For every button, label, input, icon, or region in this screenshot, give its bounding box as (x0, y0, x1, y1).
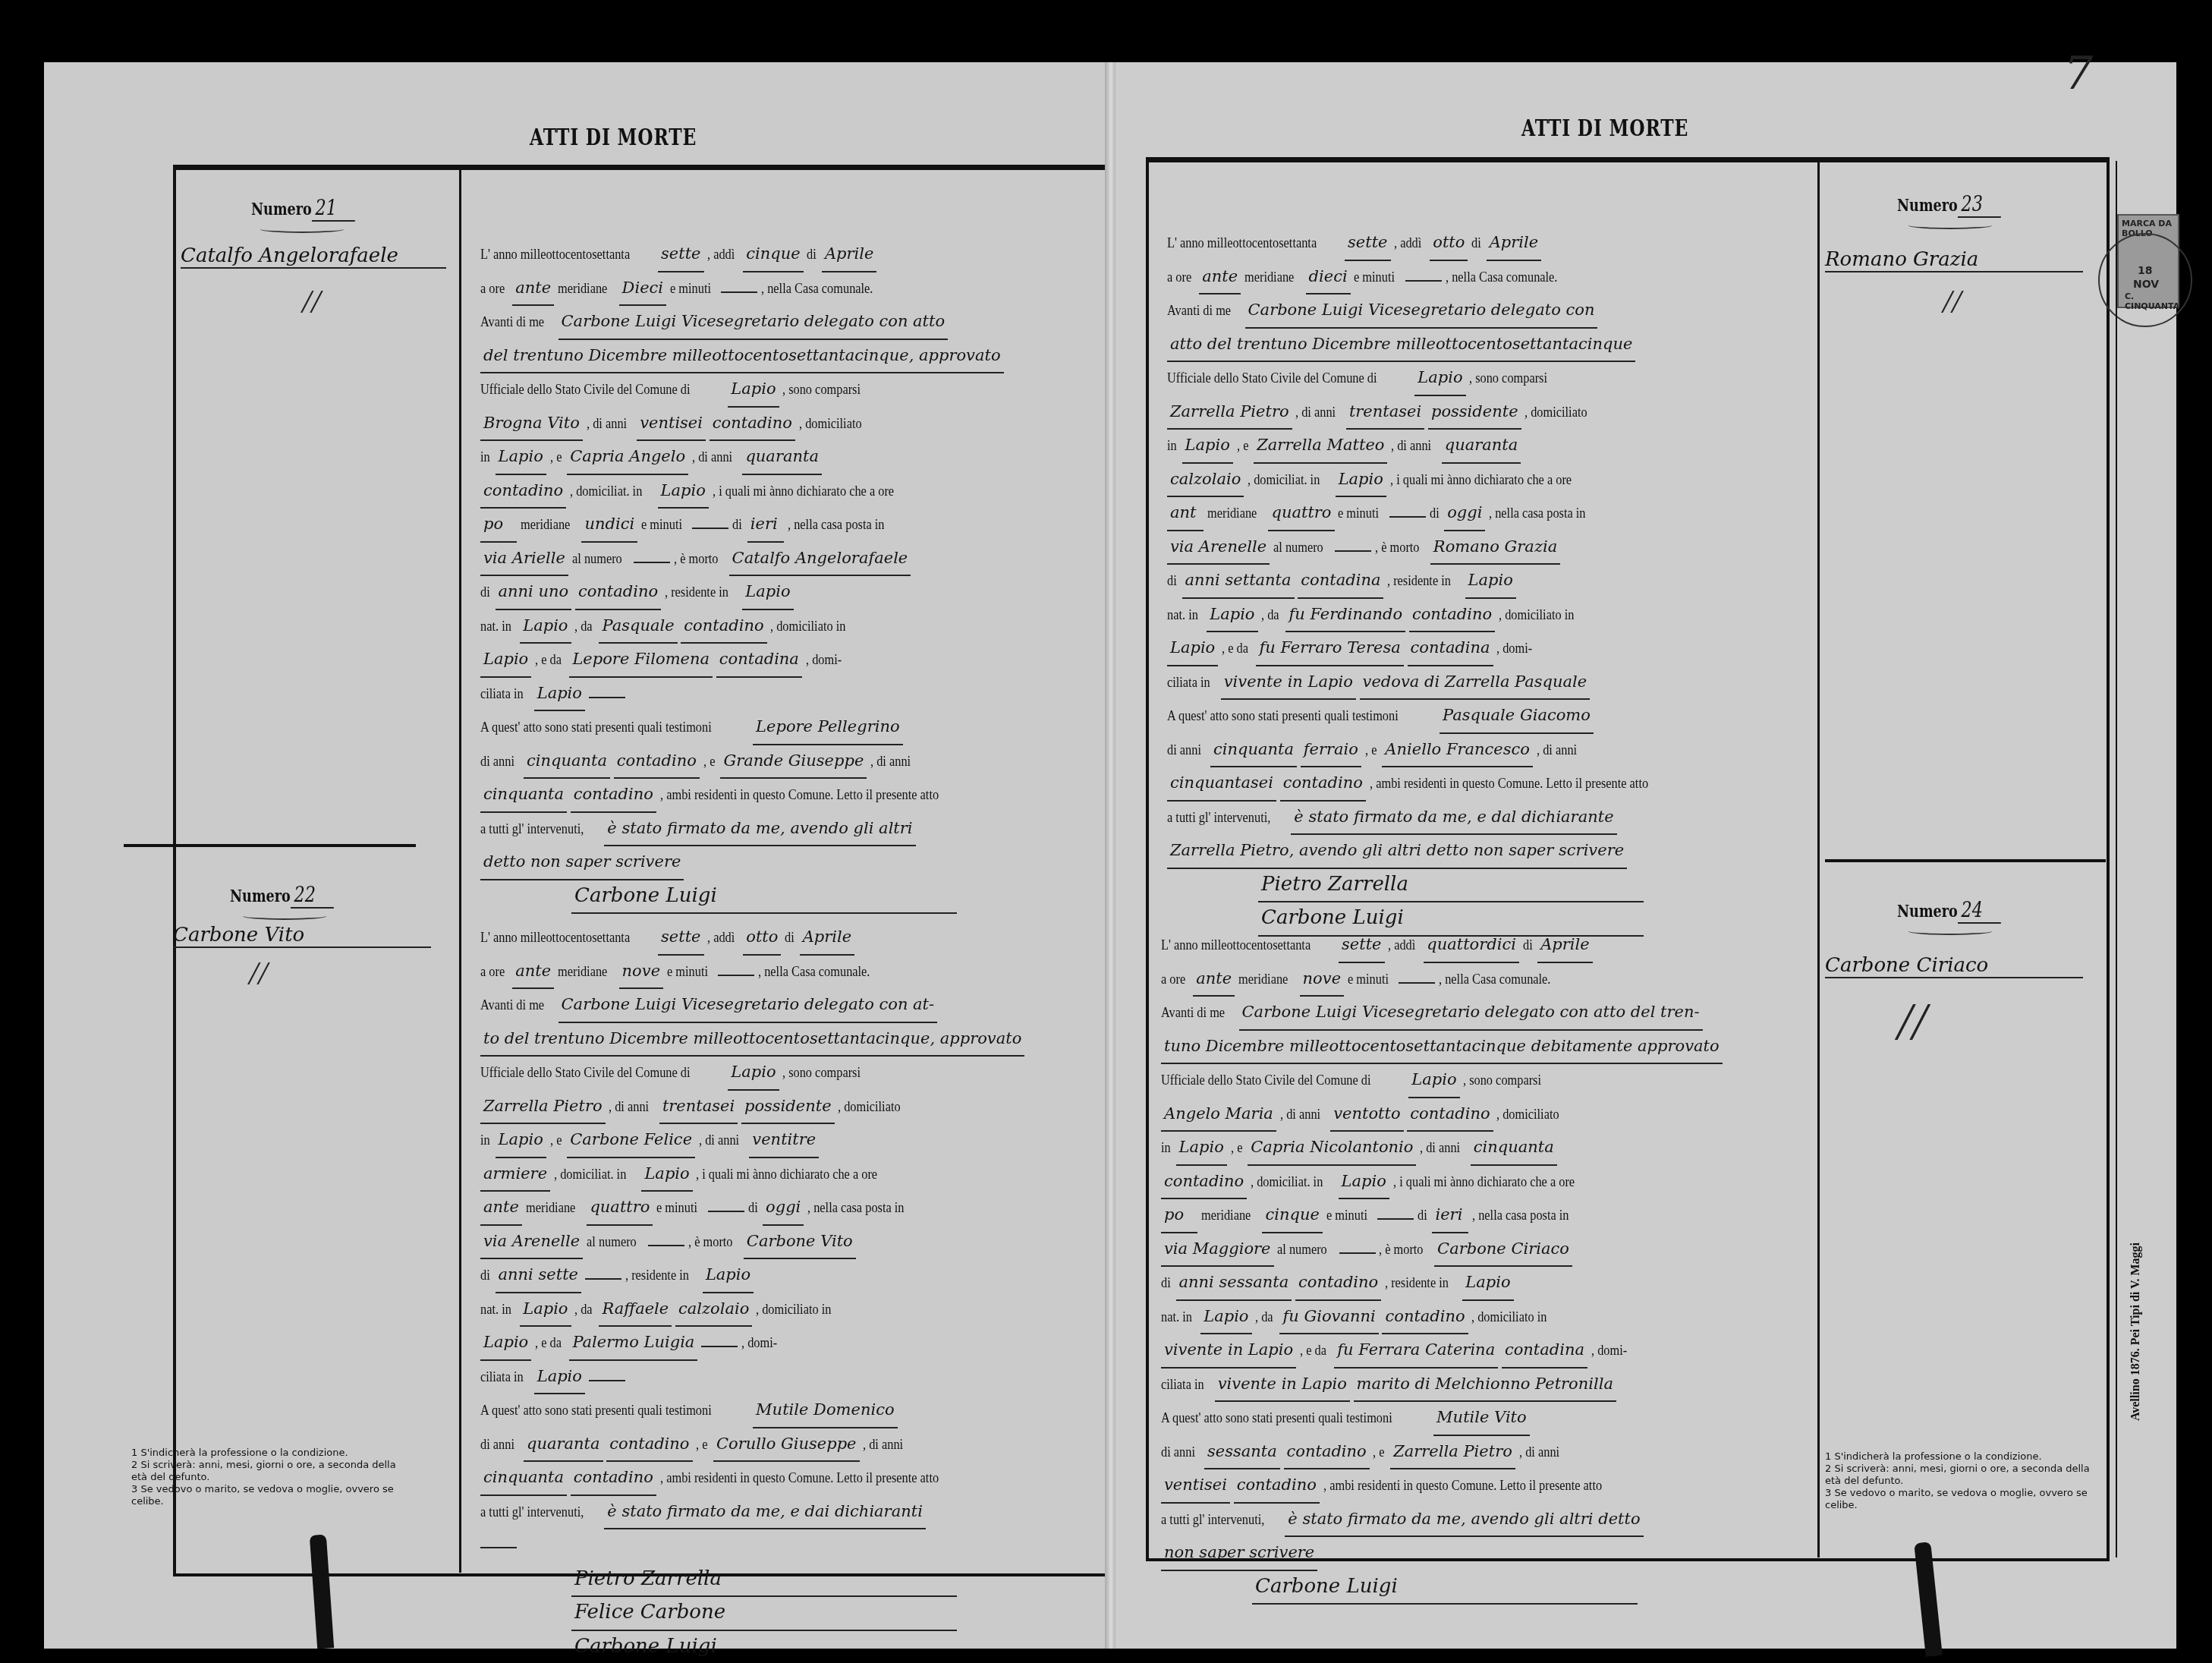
handwritten-residence: Lapio (742, 575, 793, 610)
printed-text: a tutti gl' intervenuti, (1161, 1504, 1264, 1538)
margin-deceased-name: Carbone Ciriaco (1825, 954, 2083, 978)
death-act-21: L' anno milleottocentosettanta sette , a… (480, 237, 1103, 912)
form-line: a ore ante meridiane Dieci e minuti , ne… (480, 271, 1103, 305)
printed-text: di anni (1167, 734, 1201, 768)
handwritten-mother-job: contadina (1502, 1333, 1587, 1369)
handwritten-witness2-job: contadino (1234, 1468, 1320, 1504)
handwritten-month: Aprile (1537, 928, 1593, 963)
printed-text: , addì (707, 921, 735, 956)
handwritten-declarant2-dom: Lapio (1336, 462, 1386, 498)
handwritten-deceased-age: anni sette (496, 1258, 581, 1293)
handwritten-officer-2: del trentuno Dicembre milleottocentosett… (480, 339, 1004, 374)
printed-text: , di anni (587, 408, 627, 442)
form-line: a ore ante meridiane nove e minuti , nel… (1161, 962, 1798, 996)
handwritten-declarant2-job: armiere (480, 1157, 550, 1192)
form-line: A quest' atto sono stati presenti quali … (480, 1393, 1103, 1427)
handwritten-father-dom: Lapio (1167, 631, 1218, 666)
form-line: di anni settanta contadina , residente i… (1167, 563, 1805, 597)
form-line: Zarrella Pietro , di anni trentasei poss… (480, 1089, 1103, 1123)
form-line: nat. in Lapio , da Pasquale contadino , … (480, 609, 1103, 643)
printed-text: , da (1261, 599, 1279, 633)
signature-text: Carbone Luigi (571, 879, 957, 915)
printed-text: , sono comparsi (1469, 362, 1547, 396)
form-line: ant meridiane quattro e minuti di oggi ,… (1167, 496, 1805, 530)
handwritten-declarant1: Zarrella Pietro (480, 1089, 606, 1125)
printed-text: di (807, 238, 817, 272)
handwritten-house-no (634, 562, 670, 563)
death-act-22: L' anno milleottocentosettanta sette , a… (480, 920, 1103, 1663)
printed-text: ciliata in (1161, 1369, 1204, 1403)
form-line: Lapio , e da fu Ferraro Teresa contadina… (1167, 631, 1805, 665)
printed-text: , e da (535, 644, 562, 678)
handwritten-father-job: contadino (1382, 1299, 1468, 1335)
printed-text: , da (1255, 1301, 1273, 1335)
handwritten-declarant1-age: ventotto (1330, 1097, 1403, 1132)
printed-text: , nella Casa comunale. (1439, 963, 1550, 997)
close-mark: // (1943, 282, 1961, 321)
form-line: a ore ante meridiane dieci e minuti , ne… (1167, 260, 1805, 294)
form-line: via Arielle al numero , è morto Catalfo … (480, 541, 1103, 575)
printed-text: , e da (535, 1327, 562, 1361)
handwritten-year: sette (658, 920, 704, 956)
handwritten-death-minutes (692, 528, 728, 529)
handwritten-witness1-age: cinquanta (524, 744, 610, 780)
printed-text: , domiciliato (799, 408, 862, 442)
handwritten-street: via Arenelle (480, 1224, 583, 1260)
act-separator (1825, 859, 2106, 862)
handwritten-officer: Carbone Luigi Vicesegretario delegato co… (559, 987, 938, 1023)
printed-text: a tutti gl' intervenuti, (480, 813, 584, 847)
handwritten-declarant1-age: ventisei (637, 406, 706, 442)
handwritten-declarant2: Capria Angelo (567, 439, 688, 475)
handwritten-year: sette (1345, 225, 1391, 261)
printed-text: , e da (1222, 632, 1248, 666)
printed-text: Ufficiale dello Stato Civile del Comune … (1161, 1064, 1371, 1098)
close-mark: // (1897, 992, 1927, 1053)
form-line: in Lapio , e Capria Angelo , di anni qua… (480, 439, 1103, 474)
handwritten-witness2-age: cinquantasei (1167, 766, 1276, 802)
printed-text: , ambi residenti in questo Comune. Letto… (660, 779, 939, 813)
handwritten-mother-job (701, 1346, 738, 1347)
printed-text: , addì (1394, 227, 1421, 261)
postmark: 18 NOV (2098, 233, 2192, 327)
printed-text: Avanti di me (1161, 997, 1225, 1031)
handwritten-death-hour: quattro (587, 1190, 653, 1226)
handwritten-father-dom: Lapio (480, 1325, 531, 1361)
form-line: nat. in Lapio , da Raffaele calzolaio , … (480, 1292, 1103, 1326)
printed-text: ciliata in (1167, 666, 1210, 701)
printed-text: , e (550, 441, 562, 475)
form-line: Avanti di me Carbone Luigi Vicesegretari… (1167, 293, 1805, 327)
printed-text: meridiane (1201, 1199, 1251, 1233)
form-line: L' anno milleottocentosettanta sette , a… (480, 237, 1103, 271)
printed-text: A quest' atto sono stati presenti quali … (1161, 1402, 1392, 1436)
handwritten-comune: Lapio (728, 1055, 779, 1091)
printed-text: e minuti (1338, 497, 1379, 531)
printed-text: A quest' atto sono stati presenti quali … (480, 1394, 712, 1428)
form-line: di anni sette , residente in Lapio (480, 1258, 1103, 1292)
printed-text: e minuti (656, 1192, 697, 1226)
form-line: ante meridiane quattro e minuti di oggi … (480, 1190, 1103, 1224)
printed-text: , residente in (1387, 565, 1451, 599)
handwritten-deceased-job (585, 1278, 621, 1280)
handwritten-witness1-job: contadino (1284, 1435, 1370, 1470)
handwritten-mother-job: contadina (716, 642, 802, 678)
signature-text: Felice Carbone (571, 1595, 957, 1631)
handwritten-witness1-age: quaranta (524, 1427, 603, 1463)
form-line: armiere , domiciliat. in Lapio , i quali… (480, 1157, 1103, 1191)
handwritten-declarant1-dom: Lapio (496, 1123, 546, 1158)
handwritten-father: Raffaele (599, 1292, 672, 1328)
printed-text: , e (1237, 430, 1248, 464)
handwritten-declarant1-job: contadino (710, 406, 795, 442)
form-line: ciliata in Lapio (480, 676, 1103, 710)
printed-text: di (480, 576, 490, 610)
handwritten-declarant2: Capria Nicolantonio (1248, 1130, 1416, 1166)
handwritten-street: via Arenelle (1167, 530, 1270, 565)
form-line: a tutti gl' intervenuti, è stato firmato… (1167, 800, 1805, 834)
printed-text: L' anno milleottocentosettanta (480, 238, 630, 272)
handwritten-officer: Carbone Luigi Vicesegretario delegato co… (1245, 293, 1598, 329)
handwritten-witness2-job: contadino (1280, 766, 1366, 802)
signature: Felice Carbone (480, 1595, 1103, 1630)
handwritten-officer-2: tuno Dicembre milleottocentosettantacinq… (1161, 1029, 1723, 1065)
form-line: ventisei contadino , ambi residenti in q… (1161, 1468, 1798, 1502)
printed-text: , di anni (1420, 1132, 1460, 1166)
handwritten-day: cinque (743, 237, 803, 272)
printed-text: , nella casa posta in (788, 509, 885, 543)
handwritten-witness2-age: cinquanta (480, 777, 567, 813)
form-line: L' anno milleottocentosettanta sette , a… (1161, 928, 1798, 962)
register-book: ATTI DI MORTE Numero21 Catalfo Angeloraf… (44, 62, 2176, 1649)
printed-text: , di anni (863, 1428, 903, 1463)
printed-text: , di anni (1280, 1098, 1320, 1132)
printed-text: , e (1373, 1436, 1384, 1470)
handwritten-declarant2-age: quaranta (742, 439, 822, 475)
form-line: Brogna Vito , di anni ventisei contadino… (480, 406, 1103, 440)
handwritten-house-no (1339, 1252, 1376, 1254)
handwritten-death-minutes (1377, 1218, 1414, 1220)
printed-text: in (480, 441, 490, 475)
printed-text: di (1471, 227, 1481, 261)
form-line: to del trentuno Dicembre milleottocentos… (480, 1022, 1103, 1056)
handwritten-closing-2: Zarrella Pietro, avendo gli altri detto … (1167, 833, 1627, 869)
handwritten-marital (589, 1380, 625, 1381)
handwritten-witness2: Zarrella Pietro (1390, 1435, 1515, 1470)
act-number-24: Numero24 (1897, 897, 2001, 924)
form-line: Lapio , e da Lepore Filomena contadina ,… (480, 642, 1103, 676)
handwritten-mother: Lepore Filomena (569, 642, 713, 678)
handwritten-death-ampm: po (1161, 1198, 1197, 1233)
printed-text: di (1523, 929, 1533, 963)
printed-text: al numero (1273, 531, 1323, 565)
handwritten-birthplace: Lapio (520, 609, 571, 644)
printed-text: meridiane (1238, 963, 1288, 997)
printed-text: , i quali mi ànno dichiarato che a ore (1390, 464, 1572, 498)
handwritten-witness1-age: cinquanta (1210, 732, 1297, 768)
imprint-rule (2116, 161, 2117, 1557)
footnotes-left: 1 S'indicherà la professione o la condiz… (131, 1447, 412, 1508)
handwritten-hour: Dieci (619, 271, 666, 307)
printed-text: , da (574, 1293, 593, 1328)
handwritten-death-hour: undici (581, 507, 637, 543)
handwritten-officer: Carbone Luigi Vicesegretario delegato co… (559, 304, 949, 340)
form-line: via Arenelle al numero , è morto Carbone… (480, 1224, 1103, 1258)
printed-text: A quest' atto sono stati presenti quali … (480, 711, 712, 745)
form-line: cinquanta contadino , ambi residenti in … (480, 1460, 1103, 1494)
handwritten-witness1-job: contadino (606, 1427, 692, 1463)
printed-text: a ore (480, 956, 505, 990)
form-line: contadino , domiciliat. in Lapio , i qua… (1161, 1164, 1798, 1198)
margin-deceased-name: Carbone Vito (173, 924, 431, 948)
handwritten-street: via Arielle (480, 541, 568, 577)
printed-text: , sono comparsi (782, 373, 861, 408)
signature: Carbone Luigi (480, 879, 1103, 913)
printed-text: di (785, 921, 794, 956)
handwritten-declarant1-job: possidente (1428, 395, 1521, 430)
handwritten-witness1: Lepore Pellegrino (753, 710, 902, 745)
handwritten-day: quattordici (1424, 928, 1519, 963)
handwritten-witness2-age: ventisei (1161, 1468, 1230, 1504)
printed-text: al numero (587, 1226, 637, 1260)
handwritten-witness1: Mutile Vito (1433, 1400, 1530, 1436)
signature-text: Pietro Zarrella (571, 1562, 957, 1598)
folio-annotation: 7 (2064, 47, 2093, 100)
form-line: Ufficiale dello Stato Civile del Comune … (1167, 361, 1805, 395)
handwritten-officer-2: to del trentuno Dicembre milleottocentos… (480, 1022, 1024, 1057)
death-act-24: L' anno milleottocentosettanta sette , a… (1161, 928, 1798, 1603)
handwritten-father: fu Ferdinando (1285, 597, 1405, 633)
form-line: del trentuno Dicembre milleottocentosett… (480, 339, 1103, 373)
printed-text: nat. in (1167, 599, 1198, 633)
printed-text: di (480, 1259, 490, 1293)
ornament (1908, 928, 1992, 935)
printed-text: al numero (1277, 1233, 1327, 1268)
handwritten-declarant2-job: calzolaio (1167, 462, 1244, 498)
handwritten-deceased-age: anni uno (496, 575, 572, 610)
handwritten-deceased-age: anni settanta (1182, 563, 1295, 599)
form-line: Zarrella Pietro , di anni trentasei poss… (1167, 395, 1805, 429)
printed-text: , nella casa posta in (1489, 497, 1586, 531)
printed-text: , domiciliat. in (570, 475, 642, 509)
page-title-left: ATTI DI MORTE (530, 124, 697, 151)
printed-text: , domiciliato (1524, 396, 1587, 430)
handwritten-witness2: Aniello Francesco (1382, 732, 1533, 768)
printed-text: , residente in (665, 576, 728, 610)
printed-text: , sono comparsi (1463, 1064, 1541, 1098)
handwritten-mother: fu Ferrara Caterina (1334, 1333, 1498, 1369)
printed-text: , domi- (1591, 1334, 1627, 1369)
handwritten-witness1-job: ferraio (1301, 732, 1361, 768)
handwritten-declarant2-job: contadino (1161, 1164, 1247, 1200)
printed-text: , domiciliato (838, 1091, 901, 1125)
handwritten-house-no (648, 1245, 684, 1246)
printed-text: , è morto (688, 1226, 733, 1260)
printed-text: , domiciliato in (1471, 1301, 1547, 1335)
handwritten-mother-dom: vivente in Lapio (1215, 1367, 1350, 1403)
printed-text: ciliata in (480, 1361, 524, 1395)
handwritten-closing: è stato firmato da me, e dal dichiarante (1291, 800, 1616, 836)
column-divider (459, 169, 461, 1573)
form-line: nat. in Lapio , da fu Ferdinando contadi… (1167, 597, 1805, 631)
printed-text: a ore (480, 272, 505, 307)
handwritten-declarant2-dom: Lapio (1339, 1164, 1389, 1200)
form-line: Zarrella Pietro, avendo gli altri detto … (1167, 833, 1805, 868)
handwritten-declarant2-age: quaranta (1442, 428, 1521, 464)
signature: Pietro Zarrella (480, 1562, 1103, 1596)
handwritten-residence: Lapio (1465, 563, 1516, 599)
handwritten-hour: nove (1300, 962, 1344, 997)
handwritten-declarant1-job: possidente (741, 1089, 835, 1125)
signature-text: Carbone Luigi (1252, 1570, 1638, 1605)
printed-text: , addì (707, 238, 735, 272)
printed-text: di (748, 1192, 758, 1226)
handwritten-mother-dom: vivente in Lapio (1221, 665, 1356, 701)
handwritten-closing: è stato firmato da me, avendo gli altri (604, 811, 915, 847)
handwritten-minutes (718, 975, 754, 976)
printed-text: , ambi residenti in questo Comune. Letto… (1370, 767, 1648, 802)
handwritten-death-hour: quattro (1268, 496, 1334, 531)
form-line: via Arenelle al numero , è morto Romano … (1167, 530, 1805, 564)
handwritten-father: Pasquale (599, 609, 677, 644)
printed-text: , domi- (806, 644, 842, 678)
signature-text: Pietro Zarrella (1258, 868, 1644, 903)
form-line: A quest' atto sono stati presenti quali … (480, 710, 1103, 744)
form-line: a tutti gl' intervenuti, è stato firmato… (480, 1494, 1103, 1529)
form-line: cinquantasei contadino , ambi residenti … (1167, 766, 1805, 800)
printed-text: , è morto (1379, 1233, 1424, 1268)
printed-text: , ambi residenti in questo Comune. Letto… (660, 1462, 939, 1496)
printed-text: , nella casa posta in (1472, 1199, 1569, 1233)
handwritten-ante: ante (1193, 962, 1235, 997)
printed-text: , di anni (609, 1091, 649, 1125)
handwritten-closing-2: detto non saper scrivere (480, 845, 684, 880)
form-line: cinquanta contadino , ambi residenti in … (480, 777, 1103, 811)
handwritten-mother: fu Ferraro Teresa (1256, 631, 1403, 666)
form-line: Ufficiale dello Stato Civile del Comune … (1161, 1063, 1798, 1097)
form-line: contadino , domiciliat. in Lapio , i qua… (480, 474, 1103, 508)
printed-text: , domiciliat. in (1251, 1166, 1323, 1200)
printed-text: ciliata in (480, 678, 524, 712)
handwritten-death-day: ieri (747, 507, 784, 543)
printed-text: e minuti (1326, 1199, 1367, 1233)
form-line: ciliata in Lapio (480, 1359, 1103, 1394)
handwritten-declarant1-job: contadino (1407, 1097, 1493, 1132)
handwritten-month: Aprile (800, 920, 855, 956)
handwritten-ante: ante (1199, 260, 1241, 295)
form-line: a tutti gl' intervenuti, è stato firmato… (1161, 1502, 1798, 1536)
handwritten-deceased-job: contadina (1298, 563, 1383, 599)
close-mark: // (249, 954, 267, 993)
printed-text: , di anni (870, 745, 911, 780)
handwritten-declarant1-age: trentasei (1346, 395, 1424, 430)
printed-text: , addì (1388, 929, 1415, 963)
form-line: nat. in Lapio , da fu Giovanni contadino… (1161, 1299, 1798, 1334)
handwritten-year: sette (658, 237, 704, 272)
printed-text: nat. in (1161, 1301, 1192, 1335)
printed-text: , domi- (741, 1327, 777, 1361)
form-line: po meridiane undici e minuti di ieri , n… (480, 507, 1103, 541)
handwritten-ante: ante (512, 271, 554, 307)
handwritten-hour: dieci (1306, 260, 1351, 295)
act-number-23: Numero23 (1897, 191, 2001, 218)
handwritten-minutes (1405, 280, 1442, 282)
handwritten-declarant1: Angelo Maria (1161, 1097, 1276, 1132)
printed-text: L' anno milleottocentosettanta (1167, 227, 1317, 261)
handwritten-ante: ante (512, 954, 554, 990)
printed-text: , residente in (1385, 1267, 1449, 1301)
handwritten-death-ampm: ant (1167, 496, 1204, 531)
handwritten-declarant2-job: contadino (480, 474, 566, 509)
printed-text: Ufficiale dello Stato Civile del Comune … (1167, 362, 1377, 396)
signature: Carbone Luigi (480, 1630, 1103, 1663)
handwritten-closing-2 (480, 1547, 517, 1548)
form-line: di anni uno contadino , residente in Lap… (480, 575, 1103, 609)
handwritten-father-job: contadino (1409, 597, 1495, 633)
printed-text: , i quali mi ànno dichiarato che a ore (713, 475, 894, 509)
handwritten-witness2: Corullo Giuseppe (713, 1427, 860, 1463)
form-line: L' anno milleottocentosettanta sette , a… (1167, 225, 1805, 260)
printed-text: , i quali mi ànno dichiarato che a ore (696, 1158, 877, 1192)
printed-text: a ore (1161, 963, 1185, 997)
printed-text: , nella Casa comunale. (758, 956, 870, 990)
printed-text: di anni (480, 745, 514, 780)
handwritten-day: otto (1430, 225, 1468, 261)
handwritten-declarant1: Brogna Vito (480, 406, 583, 442)
form-line: L' anno milleottocentosettanta sette , a… (480, 920, 1103, 954)
printed-text: L' anno milleottocentosettanta (480, 921, 630, 956)
printed-text: , nella casa posta in (807, 1192, 905, 1226)
handwritten-father-job: contadino (681, 609, 766, 644)
printed-text: e minuti (1348, 963, 1389, 997)
signature: Pietro Zarrella (1167, 868, 1805, 902)
handwritten-residence: Lapio (1462, 1265, 1513, 1301)
handwritten-marital: vedova di Zarrella Pasquale (1360, 665, 1591, 701)
act-number-21: Numero21 (251, 195, 355, 222)
handwritten-closing-2: non saper scrivere (1161, 1535, 1317, 1571)
form-line: di anni cinquanta ferraio , e Aniello Fr… (1167, 732, 1805, 767)
printed-text: , i quali mi ànno dichiarato che a ore (1393, 1166, 1575, 1200)
form-line: di anni cinquanta contadino , e Grande G… (480, 744, 1103, 778)
ornament (243, 912, 326, 920)
printed-text: , domiciliat. in (554, 1158, 626, 1192)
printed-text: , domiciliato (1496, 1098, 1559, 1132)
column-divider (1817, 161, 1820, 1557)
handwritten-declarant2-dom: Lapio (658, 474, 709, 509)
handwritten-house-no (1335, 550, 1371, 552)
form-line: di anni quaranta contadino , e Corullo G… (480, 1427, 1103, 1461)
printed-text: , sono comparsi (782, 1057, 861, 1091)
margin-deceased-name: Catalfo Angelorafaele (181, 244, 446, 269)
printed-text: al numero (572, 543, 622, 577)
printed-text: Ufficiale dello Stato Civile del Comune … (480, 373, 691, 408)
handwritten-declarant2-age: ventitre (749, 1123, 819, 1158)
form-line: A quest' atto sono stati presenti quali … (1167, 698, 1805, 732)
right-page: ATTI DI MORTE 7 Numero23 Romano Grazia /… (1115, 62, 2176, 1649)
form-line: di anni sessanta contadino , e Zarrella … (1161, 1435, 1798, 1469)
ornament (260, 225, 344, 233)
handwritten-minutes (1399, 982, 1435, 984)
printed-text: , residente in (625, 1259, 689, 1293)
printed-text: e minuti (667, 956, 708, 990)
printed-text: , e da (1300, 1334, 1326, 1369)
handwritten-closing: è stato firmato da me, avendo gli altri … (1285, 1502, 1643, 1538)
signature-text: Carbone Luigi (571, 1630, 957, 1663)
margin-deceased-name: Romano Grazia (1825, 248, 2083, 272)
printed-text: , di anni (699, 1124, 739, 1158)
printed-text: in (1167, 430, 1177, 464)
printed-text: meridiane (1207, 497, 1257, 531)
